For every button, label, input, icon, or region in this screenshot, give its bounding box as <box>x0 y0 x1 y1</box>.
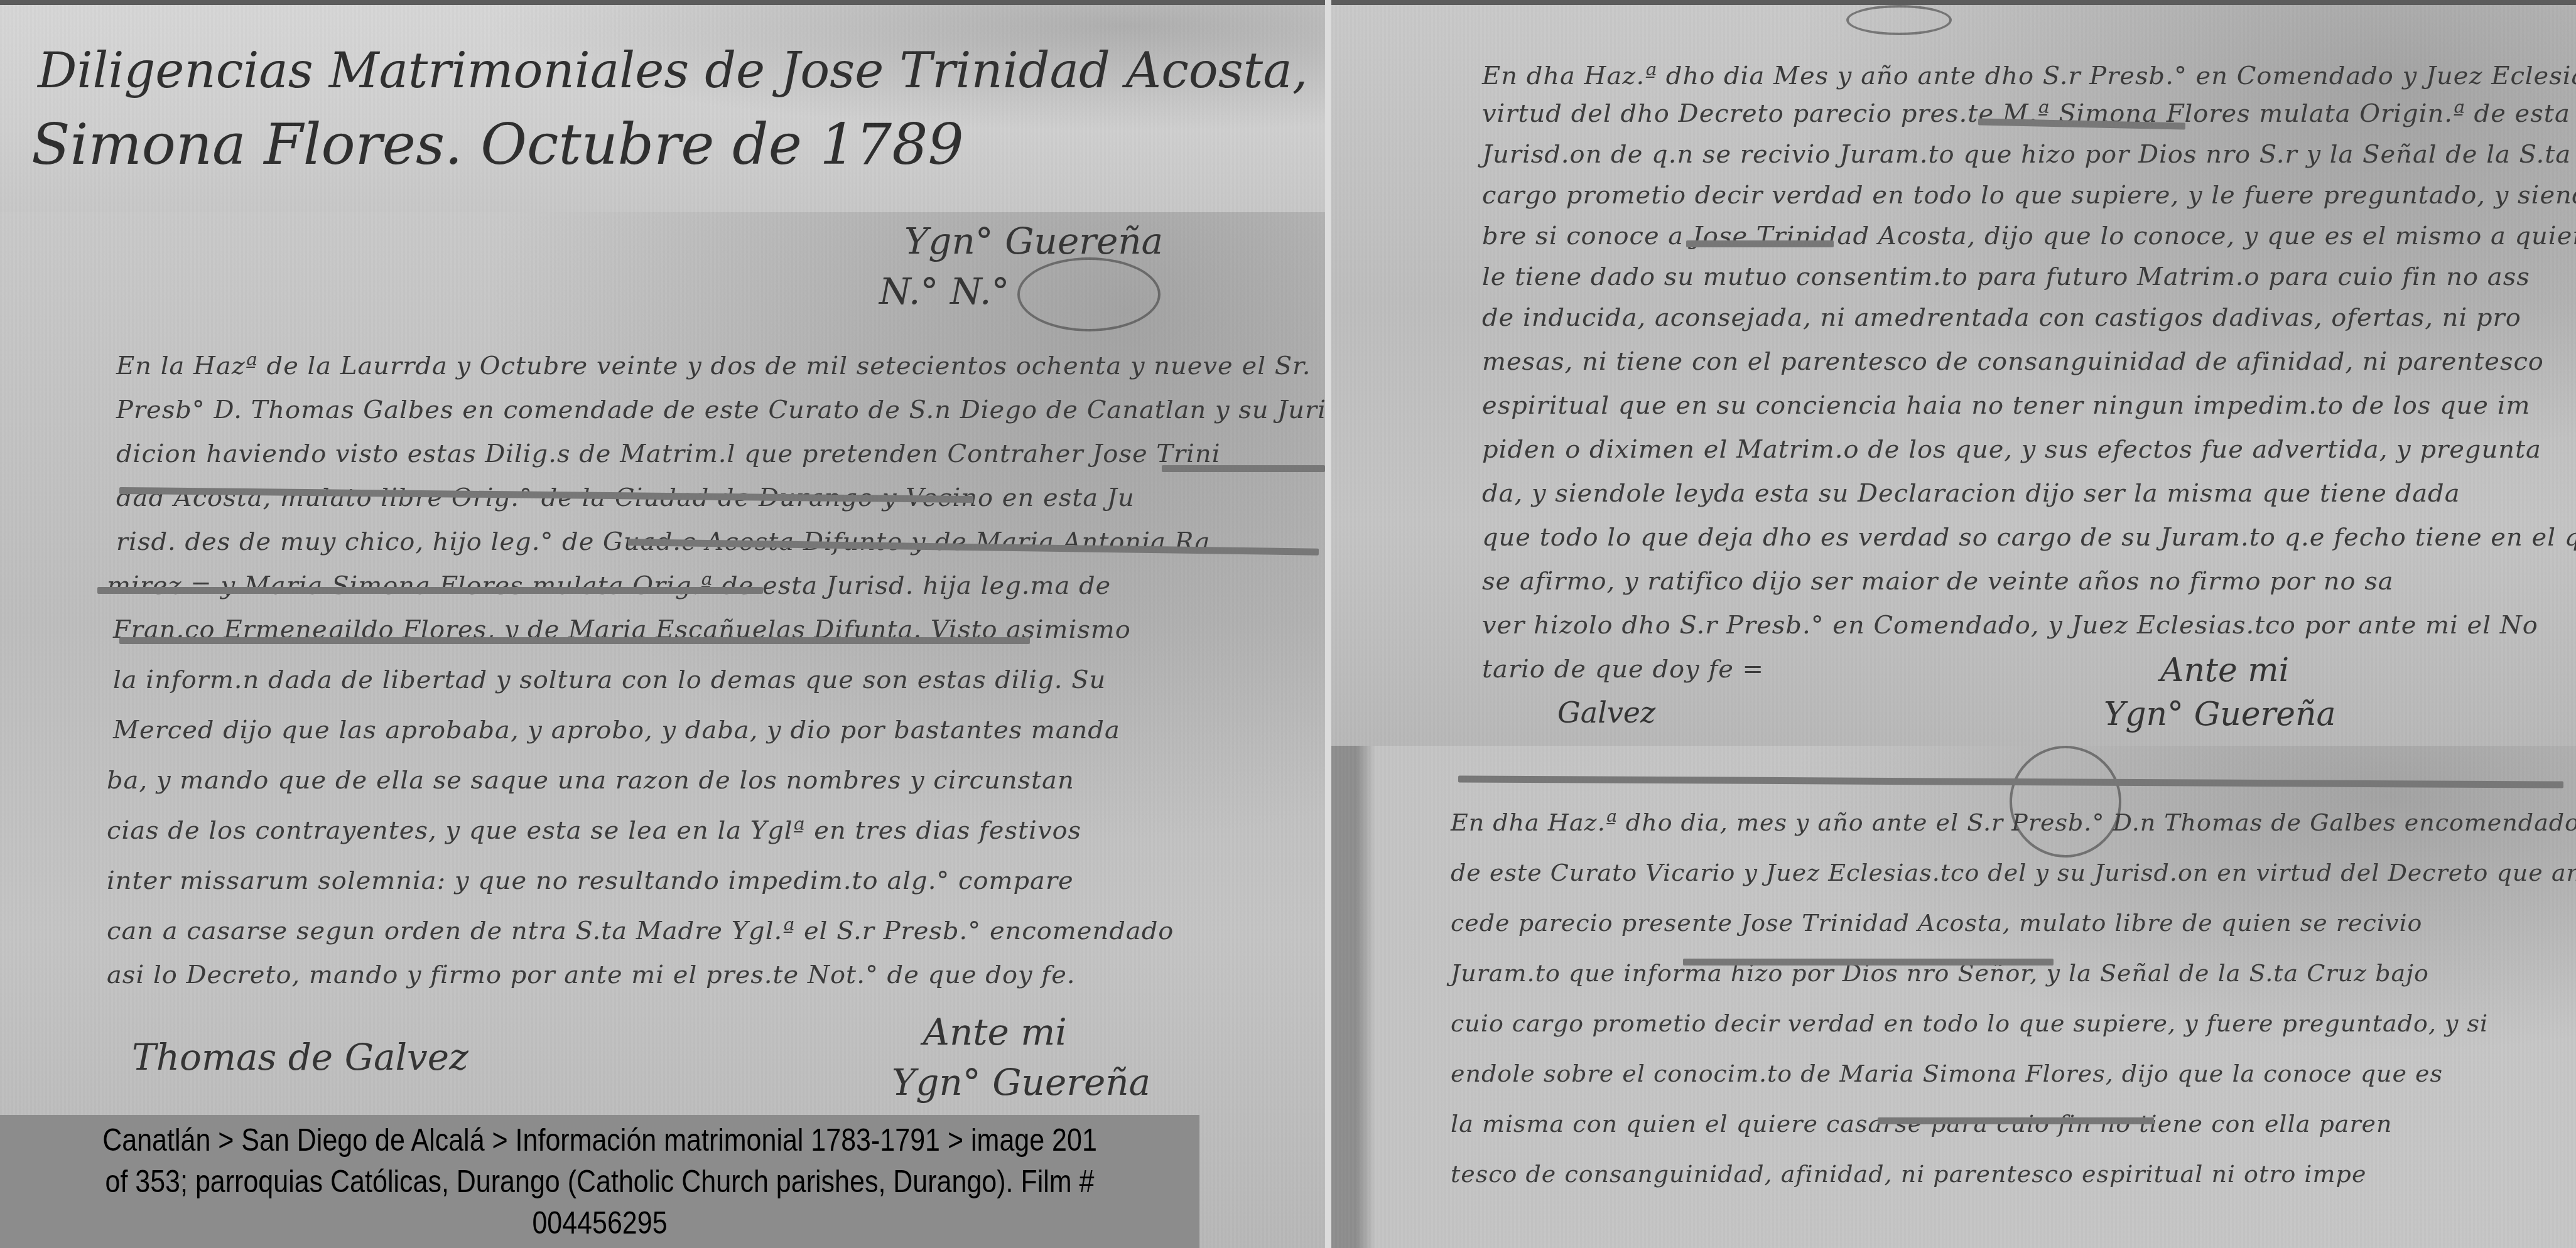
right-top-line-8: mesas, ni tiene con el parentesco de con… <box>1482 347 2544 376</box>
right-top-line-14: ver hizolo dho S.r Presb.° en Comendado,… <box>1482 611 2538 640</box>
signature-top-guerena: Ygn° Guereña <box>904 220 1163 262</box>
right-bottom-manuscript-page: En dha Haz.ª dho dia, mes y año ante el … <box>1331 746 2576 1248</box>
underline-bar <box>1686 240 1834 247</box>
right-top-line-4: cargo prometio decir verdad en todo lo q… <box>1482 181 2576 210</box>
right-bottom-line-8: tesco de consanguinidad, afinidad, ni pa… <box>1451 1160 2366 1188</box>
underline-bar <box>1683 959 2054 966</box>
right-bottom-line-2: de este Curato Vicario y Juez Eclesias.t… <box>1451 859 2576 886</box>
left-line-6: mirez = y Maria Simona Flores mulata Ori… <box>107 571 1111 600</box>
folder-label-strip: Diligencias Matrimoniales de Jose Trinid… <box>0 5 1325 212</box>
right-top-line-15: tario de que doy fe = <box>1482 655 1764 684</box>
right-bottom-line-3: cede parecio presente Jose Trinidad Acos… <box>1451 909 2422 937</box>
right-top-line-13: se afirmo, y ratifico dijo ser maior de … <box>1482 567 2394 596</box>
right-top-line-5: bre si conoce a Jose Trinidad Acosta, di… <box>1482 222 2576 250</box>
left-line-2: Presb° D. Thomas Galbes en comendade de … <box>116 395 1325 424</box>
right-bottom-line-1: En dha Haz.ª dho dia, mes y año ante el … <box>1451 809 2576 836</box>
underline-bar <box>119 637 1030 644</box>
image-caption-box: Canatlán > San Diego de Alcalá > Informa… <box>0 1115 1199 1248</box>
right-top-manuscript-page: En dha Haz.ª dho dia Mes y año ante dho … <box>1331 5 2576 746</box>
left-line-3: dicion haviendo visto estas Dilig.s de M… <box>116 439 1220 468</box>
right-top-line-7: de inducida, aconsejada, ni amedrentada … <box>1482 303 2521 332</box>
left-line-1: En la Hazª de la Laurrda y Octubre veint… <box>116 352 1311 380</box>
left-line-9: Merced dijo que las aprobaba, y aprobo, … <box>113 716 1120 745</box>
right-top-line-6: le tiene dado su mutuo consentim.to para… <box>1482 262 2530 291</box>
left-line-10: ba, y mando que de ella se saque una raz… <box>107 766 1074 795</box>
rubric-flourish-icon <box>2010 746 2121 858</box>
signature-guerena-right: Ygn° Guereña <box>2104 696 2336 733</box>
right-top-line-12: que todo lo que deja dho es verdad so ca… <box>1482 523 2576 552</box>
signature-galvez: Galvez <box>1557 696 1655 729</box>
left-line-8: la inform.n dada de libertad y soltura c… <box>113 665 1106 694</box>
right-top-line-1: En dha Haz.ª dho dia Mes y año ante dho … <box>1482 62 2576 90</box>
left-line-12: inter missarum solemnia: y que no result… <box>107 866 1074 895</box>
rubric-flourish-icon <box>1846 5 1952 35</box>
signature-top-rubric: N.° N.° <box>879 270 1009 313</box>
signature-ante-mi-right: Ante mi <box>2160 652 2289 689</box>
underline-bar <box>97 587 763 594</box>
right-bottom-line-6: endole sobre el conocim.to de Maria Simo… <box>1451 1060 2443 1087</box>
left-line-14: asi lo Decreto, mando y firmo por ante m… <box>107 960 1076 989</box>
left-line-13: can a casarse segun orden de ntra S.ta M… <box>107 917 1174 945</box>
left-line-11: cias de los contrayentes, y que esta se … <box>107 816 1081 845</box>
signature-ante-mi: Ante mi <box>923 1011 1067 1053</box>
right-top-line-9: espiritual que en su conciencia haia no … <box>1482 391 2530 420</box>
rubric-flourish-icon <box>1017 257 1161 331</box>
signature-guerena-bottom: Ygn° Guereña <box>892 1061 1150 1104</box>
right-top-line-3: Jurisd.on de q.n se recivio Juram.to que… <box>1482 140 2576 169</box>
page-seam-divider <box>1325 0 1331 1248</box>
label-title-line-2: Simona Flores. Octubre de 1789 <box>31 112 964 178</box>
underline-bar <box>1878 1117 2154 1124</box>
image-caption-text: Canatlán > San Diego de Alcalá > Informa… <box>84 1119 1116 1244</box>
right-top-line-10: piden o diximen el Matrim.o de los que, … <box>1482 435 2541 464</box>
right-top-line-11: da, y siendole leyda esta su Declaracion… <box>1482 479 2460 508</box>
label-title-line-1: Diligencias Matrimoniales de Jose Trinid… <box>38 43 1325 99</box>
underline-bar <box>1162 465 1325 472</box>
left-manuscript-page: Ygn° Guereña N.° N.° En la Hazª de la La… <box>0 207 1325 1248</box>
right-bottom-line-5: cuio cargo prometio decir verdad en todo… <box>1451 1009 2488 1037</box>
signature-thomas-galvez: Thomas de Galvez <box>132 1036 468 1079</box>
